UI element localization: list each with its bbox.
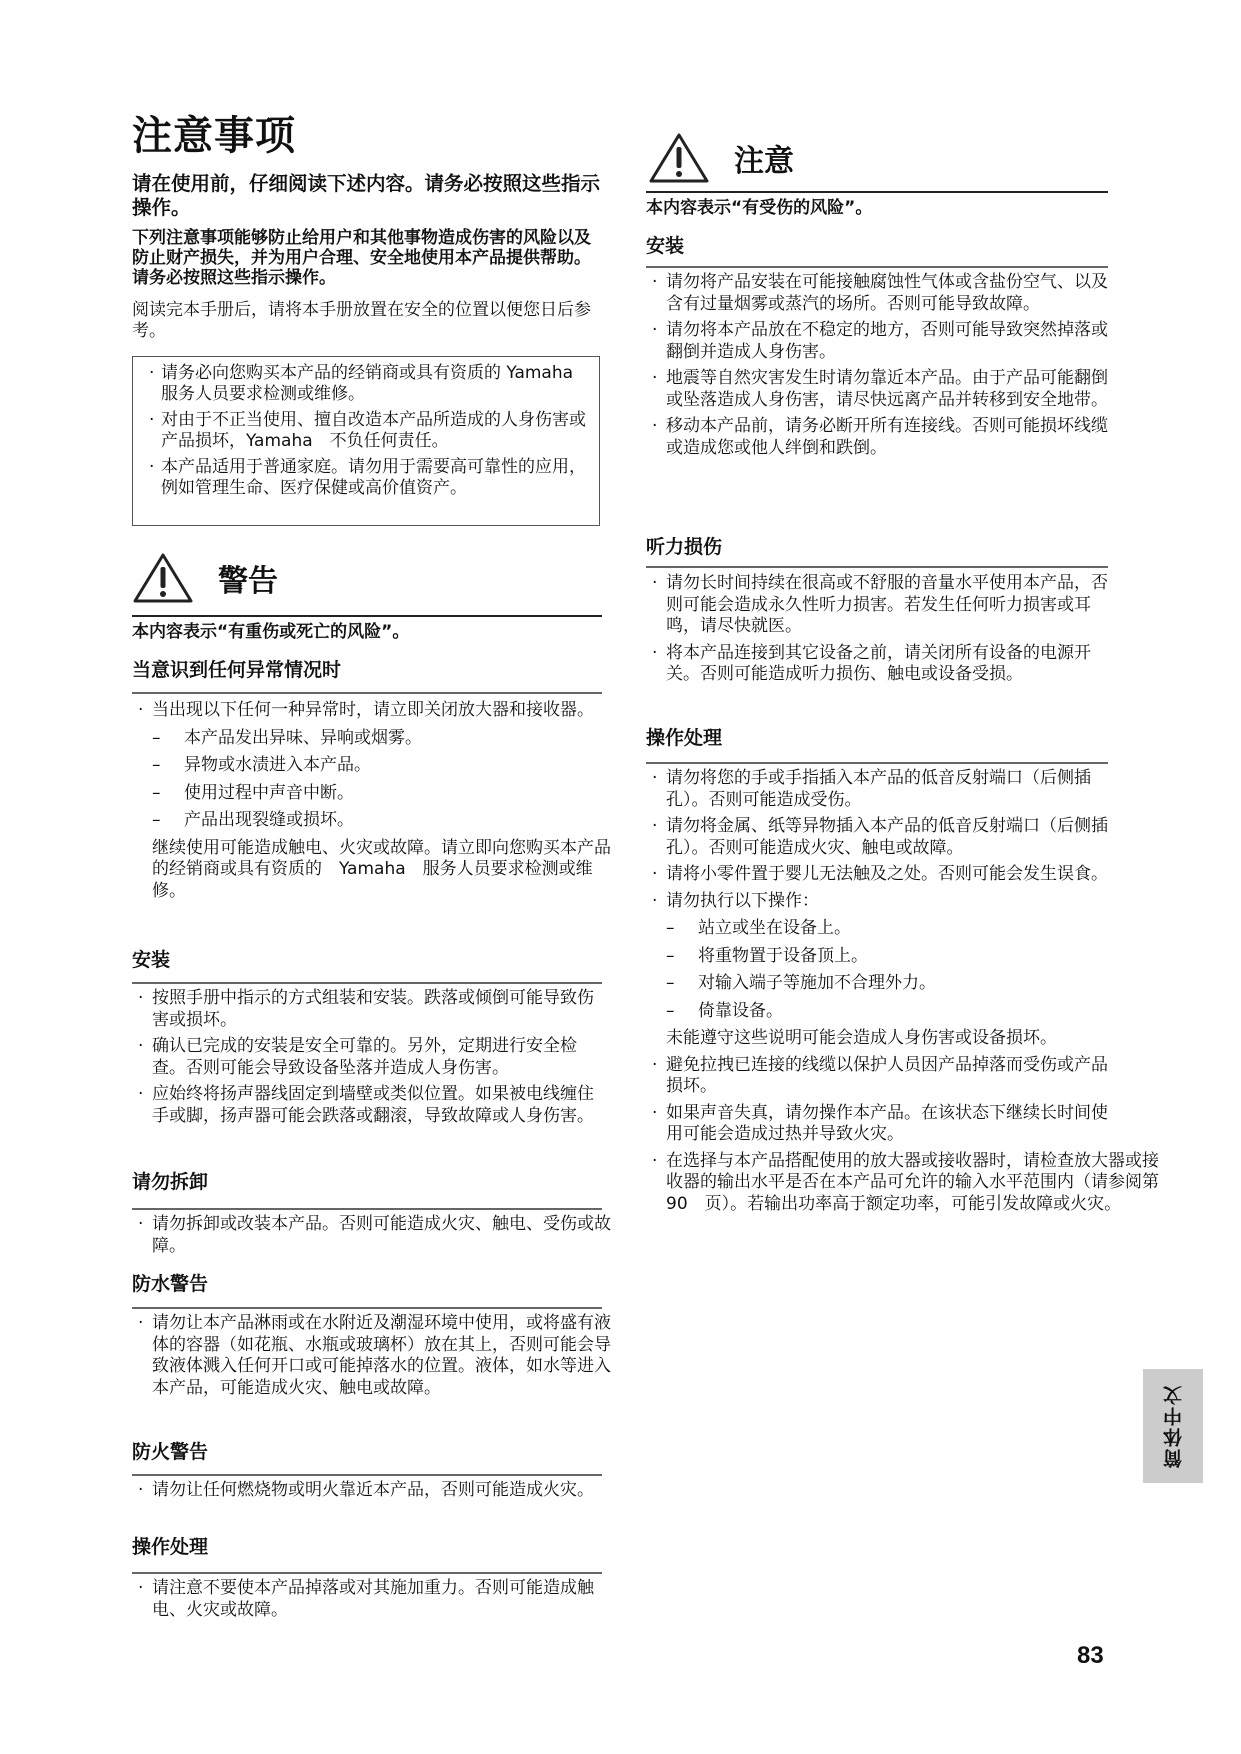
notice-text: 对由于不正当使用、擅自改造本产品所造成的人身伤害或产品损坏，Yamaha 不负任… [161,410,586,451]
list-item: ·请勿将本产品放在不稳定的地方，否则可能导致突然掉落或翻倒并造成人身伤害。 [646,320,1111,363]
list-item-text: 请注意不要使本产品掉落或对其施加重力。否则可能造成触电、火灾或故障。 [152,1578,594,1620]
dash-icon: – [666,918,675,940]
notice-box: ·请务必向您购买本产品的经销商或具有资质的 Yamaha 服务人员要求检测或维修… [132,356,600,526]
follow-up-text: 未能遵守这些说明可能会造成人身伤害或设备损坏。 [646,1028,1116,1050]
bullet-icon: · [138,988,143,1010]
divider [132,1474,602,1476]
caution-title: 注意 [734,136,794,180]
divider [132,1208,602,1210]
section-title-disassemble: 请勿拆卸 [132,1170,208,1194]
install-list: ·按照手册中指示的方式组装和安装。跌落或倾倒可能导致伤害或损坏。 ·确认已完成的… [132,988,602,1132]
dash-icon: – [152,755,161,777]
list-item-text: 当出现以下任何一种异常时，请立即关闭放大器和接收器。 [152,700,594,720]
list-item: ·将本产品连接到其它设备之前，请关闭所有设备的电源开关。否则可能造成听力损伤、触… [646,643,1111,686]
list-item: ·按照手册中指示的方式组装和安装。跌落或倾倒可能导致伤害或损坏。 [132,988,602,1031]
divider [132,615,602,617]
bullet-icon: · [652,368,657,390]
list-item-text: 请勿将本产品放在不稳定的地方，否则可能导致突然掉落或翻倒并造成人身伤害。 [666,320,1108,362]
section-title-caution-handling: 操作处理 [646,726,722,750]
hearing-list: ·请勿长时间持续在很高或不舒服的音量水平使用本产品，否则可能会造成永久性听力损害… [646,573,1111,691]
bullet-icon: · [138,1480,143,1502]
sub-item: –异物或水渍进入本产品。 [132,755,622,777]
water-list: ·请勿让本产品淋雨或在水附近及潮湿环境中使用，或将盛有液体的容器（如花瓶、水瓶或… [132,1313,617,1404]
list-item-text: 请勿拆卸或改装本产品。否则可能造成火灾、触电、受伤或故障。 [152,1214,611,1256]
list-item-text: 在选择与本产品搭配使用的放大器或接收器时，请检查放大器或接收器的输出水平是否在本… [666,1151,1176,1214]
dash-icon: – [666,946,675,968]
sub-item: –将重物置于设备顶上。 [646,946,1116,968]
sub-item-text: 异物或水渍进入本产品。 [184,755,371,775]
list-item-text: 确认已完成的安装是安全可靠的。另外，定期进行安全检查。否则可能会导致设备坠落并造… [152,1036,577,1078]
dash-icon: – [666,973,675,995]
dash-icon: – [152,728,161,750]
sub-item: –倚靠设备。 [646,1001,1116,1023]
bullet-icon: · [149,457,154,478]
sub-item: –产品出现裂缝或损坏。 [132,810,622,832]
list-item: ·请勿让任何燃烧物或明火靠近本产品，否则可能造成火灾。 [132,1480,602,1502]
list-item-text: 将本产品连接到其它设备之前，请关闭所有设备的电源开关。否则可能造成听力损伤、触电… [666,643,1091,685]
notice-item: ·本产品适用于普通家庭。请勿用于需要高可靠性的应用，例如管理生命、医疗保健或高价… [141,457,595,499]
notice-item: ·对由于不正当使用、擅自改造本产品所造成的人身伤害或产品损坏，Yamaha 不负… [141,410,595,452]
list-item: ·避免拉拽已连接的线缆以保护人员因产品掉落而受伤或产品损坏。 [646,1055,1116,1098]
bullet-icon: · [138,1578,143,1600]
section-title-caution-install: 安装 [646,234,684,258]
notice-item: ·请务必向您购买本产品的经销商或具有资质的 Yamaha 服务人员要求检测或维修… [141,363,595,405]
caution-risk-text: 本内容表示“有受伤的风险”。 [646,197,872,219]
caution-header: 注意 [648,132,794,184]
list-item: ·确认已完成的安装是安全可靠的。另外，定期进行安全检查。否则可能会导致设备坠落并… [132,1036,602,1079]
list-item: ·请勿将产品安装在可能接触腐蚀性气体或含盐份空气、以及含有过量烟雾或蒸汽的场所。… [646,272,1111,315]
list-item-text: 按照手册中指示的方式组装和安装。跌落或倾倒可能导致伤害或损坏。 [152,988,594,1030]
bullet-icon: · [652,1055,657,1077]
list-item: ·移动本产品前，请务必断开所有连接线。否则可能损坏线缆或造成您或他人绊倒和跌倒。 [646,416,1111,459]
list-item: ·请勿让本产品淋雨或在水附近及潮湿环境中使用，或将盛有液体的容器（如花瓶、水瓶或… [132,1313,617,1399]
warning-title: 警告 [218,556,278,600]
list-item-text: 请勿将金属、纸等异物插入本产品的低音反射端口（后侧插孔）。否则可能造成火灾、触电… [666,816,1108,858]
list-item-text: 请勿将产品安装在可能接触腐蚀性气体或含盐份空气、以及含有过量烟雾或蒸汽的场所。否… [666,272,1108,314]
notice-text: 本产品适用于普通家庭。请勿用于需要高可靠性的应用，例如管理生命、医疗保健或高价值… [161,457,586,498]
divider [646,762,1108,764]
list-item-text: 应始终将扬声器线固定到墙壁或类似位置。如果被电线缠住手或脚，扬声器可能会跌落或翻… [152,1084,594,1126]
bullet-icon: · [652,643,657,665]
sub-item-text: 倚靠设备。 [698,1001,783,1021]
warning-risk-text: 本内容表示“有重伤或死亡的风险”。 [132,621,409,643]
divider [646,191,1108,193]
bullet-icon: · [652,320,657,342]
bullet-icon: · [138,700,143,722]
list-item-text: 请勿让本产品淋雨或在水附近及潮湿环境中使用，或将盛有液体的容器（如花瓶、水瓶或玻… [152,1313,611,1398]
list-item-text: 移动本产品前，请务必断开所有连接线。否则可能损坏线缆或造成您或他人绊倒和跌倒。 [666,416,1108,458]
list-item-text: 如果声音失真，请勿操作本产品。在该状态下继续长时间使用可能会造成过热并导致火灾。 [666,1103,1108,1145]
disassemble-list: ·请勿拆卸或改装本产品。否则可能造成火灾、触电、受伤或故障。 [132,1214,617,1262]
sub-item: –对输入端子等施加不合理外力。 [646,973,1116,995]
list-item: ·请将小零件置于婴儿无法触及之处。否则可能会发生误食。 [646,864,1116,886]
warning-triangle-icon [132,552,194,604]
section-title-handling: 操作处理 [132,1535,208,1559]
bullet-icon: · [652,891,657,913]
intro-keep-manual: 阅读完本手册后，请将本手册放置在安全的位置以便您日后参考。 [132,300,604,342]
section-title-fire: 防火警告 [132,1440,208,1464]
list-item-text: 请将小零件置于婴儿无法触及之处。否则可能会发生误食。 [666,864,1108,884]
bullet-icon: · [138,1313,143,1335]
bullet-icon: · [138,1214,143,1236]
section-title-water: 防水警告 [132,1272,208,1296]
list-item-text: 请勿将您的手或手指插入本产品的低音反射端口（后侧插孔）。否则可能造成受伤。 [666,768,1091,810]
section-title-hearing: 听力损伤 [646,535,722,559]
sub-item: –站立或坐在设备上。 [646,918,1116,940]
caution-handling-list: ·请勿将您的手或手指插入本产品的低音反射端口（后侧插孔）。否则可能造成受伤。 ·… [646,768,1116,1220]
language-tab-label: 简体中文 [1160,1384,1187,1468]
list-item-text: 避免拉拽已连接的线缆以保护人员因产品掉落而受伤或产品损坏。 [666,1055,1108,1097]
notice-text: 请务必向您购买本产品的经销商或具有资质的 Yamaha 服务人员要求检测或维修。 [161,363,590,404]
bullet-icon: · [149,410,154,431]
bullet-icon: · [652,864,657,886]
handling-list: ·请注意不要使本产品掉落或对其施加重力。否则可能造成触电、火灾或故障。 [132,1578,602,1626]
list-item: ·应始终将扬声器线固定到墙壁或类似位置。如果被电线缠住手或脚，扬声器可能会跌落或… [132,1084,602,1127]
list-item: ·地震等自然灾害发生时请勿靠近本产品。由于产品可能翻倒或坠落造成人身伤害，请尽快… [646,368,1111,411]
divider [646,566,1108,568]
intro-purpose: 下列注意事项能够防止给用户和其他事物造成伤害的风险以及防止财产损失，并为用户合理… [132,228,604,288]
divider [132,692,602,694]
sub-item: –使用过程中声音中断。 [132,783,622,805]
list-item: ·请勿执行以下操作： [646,891,1116,913]
bullet-icon: · [652,416,657,438]
page-number: 83 [1077,1642,1104,1670]
list-item: ·当出现以下任何一种异常时，请立即关闭放大器和接收器。 [132,700,602,722]
language-tab: 简体中文 [1143,1369,1203,1483]
list-item: ·请注意不要使本产品掉落或对其施加重力。否则可能造成触电、火灾或故障。 [132,1578,602,1621]
sub-item-text: 产品出现裂缝或损坏。 [184,810,354,830]
divider [646,266,1108,268]
abnormal-list: ·当出现以下任何一种异常时，请立即关闭放大器和接收器。 –本产品发出异味、异响或… [132,700,622,907]
page-title: 注意事项 [132,112,296,160]
list-item-text: 请勿执行以下操作： [666,891,819,911]
caution-install-list: ·请勿将产品安装在可能接触腐蚀性气体或含盐份空气、以及含有过量烟雾或蒸汽的场所。… [646,272,1111,464]
bullet-icon: · [138,1036,143,1058]
list-item: ·请勿将您的手或手指插入本产品的低音反射端口（后侧插孔）。否则可能造成受伤。 [646,768,1116,811]
bullet-icon: · [652,272,657,294]
section-title-abnormal: 当意识到任何异常情况时 [132,658,341,682]
sub-item-text: 使用过程中声音中断。 [184,783,354,803]
section-title-install: 安装 [132,948,170,972]
list-item-text: 地震等自然灾害发生时请勿靠近本产品。由于产品可能翻倒或坠落造成人身伤害，请尽快远… [666,368,1108,410]
list-item-text: 请勿长时间持续在很高或不舒服的音量水平使用本产品，否则可能会造成永久性听力损害。… [666,573,1108,636]
list-item: ·请勿拆卸或改装本产品。否则可能造成火灾、触电、受伤或故障。 [132,1214,617,1257]
fire-list: ·请勿让任何燃烧物或明火靠近本产品，否则可能造成火灾。 [132,1480,602,1507]
list-item-text: 请勿让任何燃烧物或明火靠近本产品，否则可能造成火灾。 [152,1480,594,1500]
follow-up-text: 继续使用可能造成触电、火灾或故障。请立即向您购买本产品的经销商或具有资质的 Ya… [132,838,617,903]
sub-item-text: 将重物置于设备顶上。 [698,946,868,966]
warning-triangle-icon [648,132,710,184]
bullet-icon: · [652,573,657,595]
intro-instruction: 请在使用前，仔细阅读下述内容。请务必按照这些指示操作。 [132,172,617,220]
list-item: ·如果声音失真，请勿操作本产品。在该状态下继续长时间使用可能会造成过热并导致火灾… [646,1103,1116,1146]
dash-icon: – [152,783,161,805]
bullet-icon: · [138,1084,143,1106]
divider [132,1572,602,1574]
sub-item-text: 站立或坐在设备上。 [698,918,851,938]
warning-header: 警告 [132,552,278,604]
list-item: ·在选择与本产品搭配使用的放大器或接收器时，请检查放大器或接收器的输出水平是否在… [646,1151,1166,1216]
divider [132,982,602,984]
sub-item-text: 对输入端子等施加不合理外力。 [698,973,936,993]
bullet-icon: · [652,768,657,790]
sub-item-text: 本产品发出异味、异响或烟雾。 [184,728,422,748]
bullet-icon: · [149,363,154,384]
divider [132,1307,602,1309]
dash-icon: – [666,1001,675,1023]
dash-icon: – [152,810,161,832]
sub-item: –本产品发出异味、异响或烟雾。 [132,728,622,750]
bullet-icon: · [652,1151,657,1173]
list-item: ·请勿长时间持续在很高或不舒服的音量水平使用本产品，否则可能会造成永久性听力损害… [646,573,1111,638]
list-item: ·请勿将金属、纸等异物插入本产品的低音反射端口（后侧插孔）。否则可能造成火灾、触… [646,816,1116,859]
bullet-icon: · [652,1103,657,1125]
bullet-icon: · [652,816,657,838]
